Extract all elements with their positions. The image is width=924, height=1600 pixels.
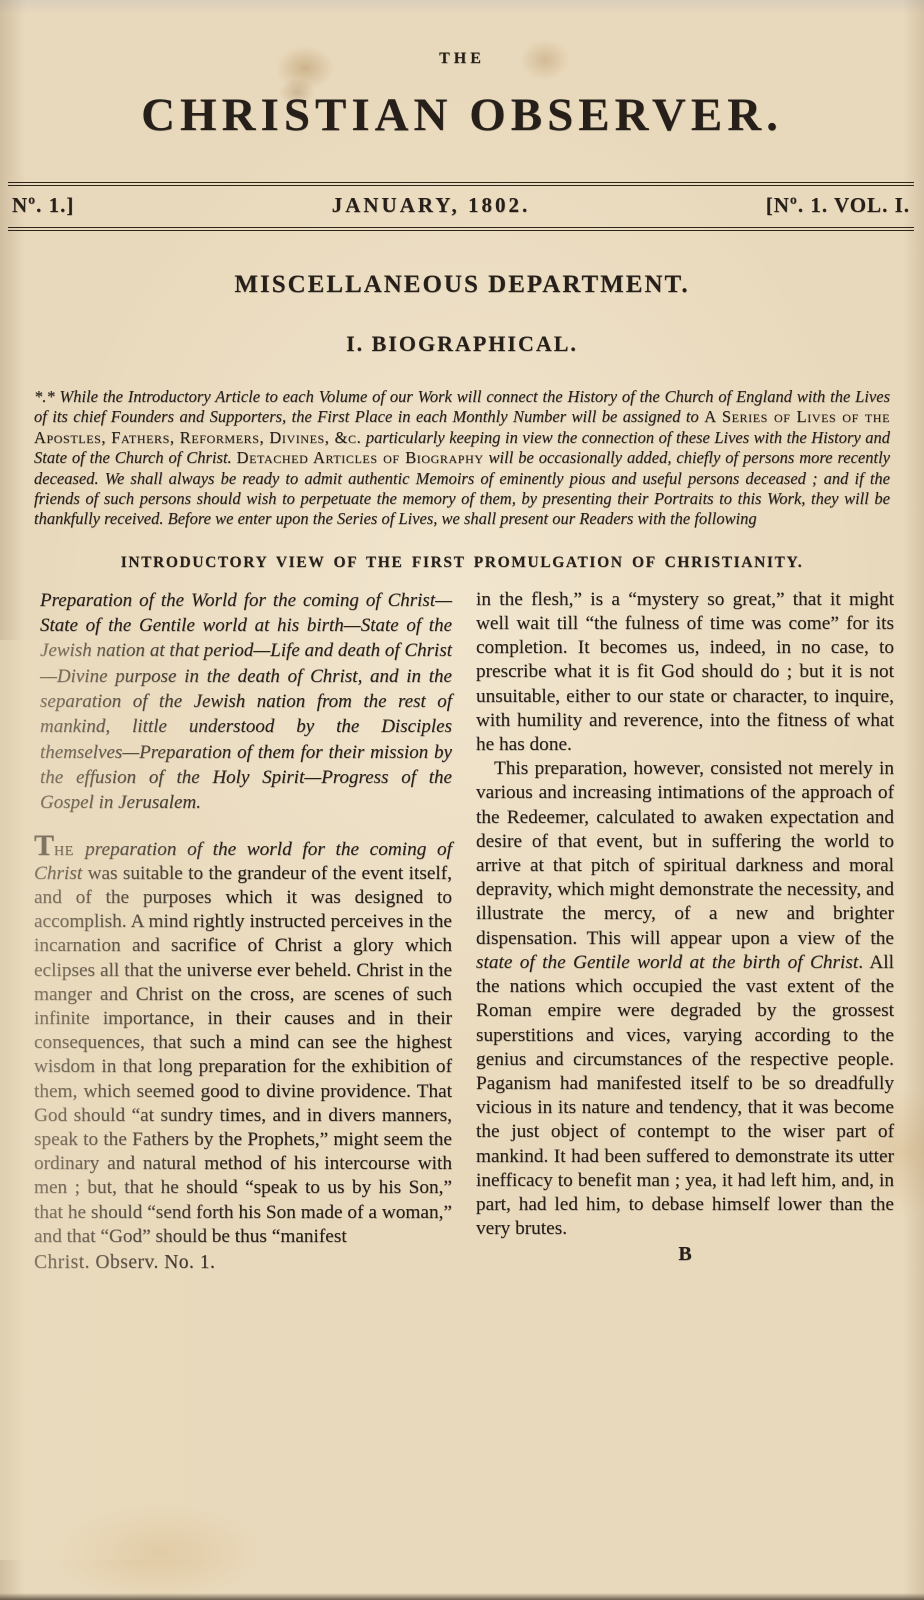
footer-imprint: Christ. Observ. No. 1. — [34, 1252, 452, 1274]
issue-number-right: [Nº. 1. VOL. I. — [680, 193, 910, 218]
two-column-body: Preparation of the World for the coming … — [34, 588, 894, 1274]
right-column: in the flesh,” is a “mystery so great,” … — [476, 588, 894, 1274]
body-paragraph-right-1: in the flesh,” is a “mystery so great,” … — [476, 588, 894, 757]
masthead-the: THE — [0, 50, 924, 68]
left-column: Preparation of the World for the coming … — [34, 588, 452, 1274]
editorial-note: *.* While the Introductory Article to ea… — [34, 387, 890, 530]
section-heading: MISCELLANEOUS DEPARTMENT. — [0, 271, 924, 299]
issue-band: Nº. 1.] JANUARY, 1802. [Nº. 1. VOL. I. — [8, 182, 914, 231]
body-paragraph-right-2: This preparation, however, consisted not… — [476, 757, 894, 1241]
article-heading: INTRODUCTORY VIEW OF THE FIRST PROMULGAT… — [0, 554, 924, 572]
scanned-page: THE CHRISTIAN OBSERVER. Nº. 1.] JANUARY,… — [0, 0, 924, 1600]
subsection-heading: I. BIOGRAPHICAL. — [0, 331, 924, 357]
issue-date: JANUARY, 1802. — [182, 193, 680, 218]
argument-summary: Preparation of the World for the coming … — [34, 588, 452, 816]
masthead-title: CHRISTIAN OBSERVER. — [0, 88, 924, 142]
issue-number-left: Nº. 1.] — [12, 193, 182, 218]
signature-mark: B — [476, 1243, 894, 1266]
body-paragraph-left: The preparation of the world for the com… — [34, 831, 452, 1249]
